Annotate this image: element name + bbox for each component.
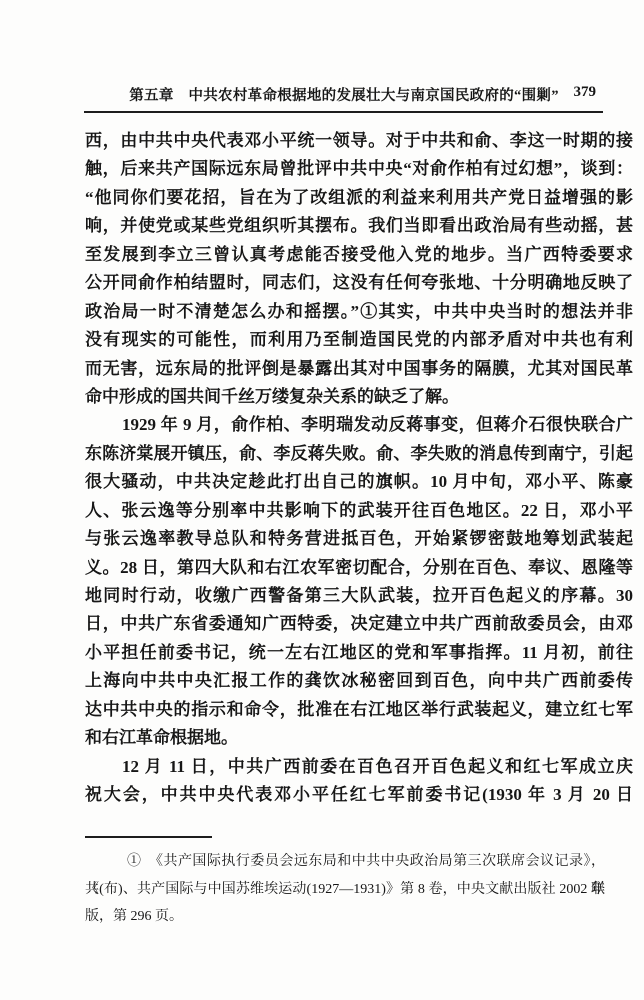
text-line: 而无害，远东局的批评倒是暴露出其对中国事务的隔膜，尤其对国民革 [85,355,633,383]
text-line: 命中形成的国共间千丝万缕复杂关系的缺乏了解。 [85,383,633,411]
text-line: 人、张云逸等分别率中共影响下的武装开往百色地区。22 日，邓小平 [85,497,633,525]
footnote-line: 共(布)、共产国际与中国苏维埃运动(1927—1931)》第 8 卷，中央文献出… [85,876,605,904]
page-number: 379 [574,84,597,101]
book-page: 第五章 中共农村革命根据地的发展壮大与南京国民政府的“围剿” 379 西，由中共… [0,0,644,1000]
chapter-title: 第五章 中共农村革命根据地的发展壮大与南京国民政府的“围剿” [85,84,603,105]
text-line: “他同你们要花招，旨在为了改组派的利益来利用共产党日益增强的影 [85,184,633,212]
text-line: 12 月 11 日，中共广西前委在百色召开百色起义和红七军成立庆 [85,753,633,781]
text-line: 小平担任前委书记，统一左右江地区的党和军事指挥。11 月初，前往 [85,639,633,667]
footnote-line: ① 《共产国际执行委员会远东局和中共中央政治局第三次联席会议记录》，《联 [85,848,605,876]
footnote: ① 《共产国际执行委员会远东局和中共中央政治局第三次联席会议记录》，《联 共(布… [85,848,605,931]
footnote-divider [85,836,212,838]
header-rule [84,111,603,113]
text-line: 义。28 日，第四大队和右江农军密切配合，分别在百色、奉议、恩隆等 [85,554,633,582]
text-line: 至发展到李立三曾认真考虑能否接受他入党的地步。当广西特委要求 [85,241,633,269]
text-line: 触，后来共产国际远东局曾批评中共中央“对俞作柏有过幻想”，谈到： [85,155,633,183]
text-line: 西，由中共中央代表邓小平统一领导。对于中共和俞、李这一时期的接 [85,127,633,155]
text-line: 和右江革命根据地。 [85,724,633,752]
text-line: 与张云逸率教导总队和特务营进抵百色，开始紧锣密鼓地筹划武装起 [85,525,633,553]
body-text: 西，由中共中央代表邓小平统一领导。对于中共和俞、李这一时期的接 触，后来共产国际… [85,127,633,810]
text-line: 祝大会，中共中央代表邓小平任红七军前委书记(1930 年 3 月 20 日 [85,781,633,809]
text-line: 1929 年 9 月，俞作柏、李明瑞发动反蒋事变，但蒋介石很快联合广 [85,411,633,439]
text-line: 日，中共广东省委通知广西特委，决定建立中共广西前敌委员会，由邓 [85,610,633,638]
text-line: 上海向中共中央汇报工作的龚饮冰秘密回到百色，向中共广西前委传 [85,667,633,695]
text-line: 东陈济棠展开镇压，俞、李反蒋失败。俞、李失败的消息传到南宁，引起 [85,440,633,468]
text-line: 响，并使党或某些党组织听其摆布。我们当即看出政治局有些动摇，甚 [85,212,633,240]
text-line: 没有现实的可能性，而利用乃至制造国民党的内部矛盾对中共也有利 [85,326,633,354]
footnote-line: 版，第 296 页。 [85,903,605,931]
text-line: 达中共中央的指示和命令，批准在右江地区举行武装起义，建立红七军 [85,696,633,724]
running-head: 第五章 中共农村革命根据地的发展壮大与南京国民政府的“围剿” 379 [85,84,603,106]
text-line: 很大骚动，中共决定趁此打出自己的旗帜。10 月中旬，邓小平、陈豪 [85,468,633,496]
text-line: 政治局一时不清楚怎么办和摇摆。”①其实，中共中央当时的想法并非 [85,298,633,326]
text-line: 公开同俞作柏结盟时，同志们，这没有任何夸张地、十分明确地反映了 [85,269,633,297]
text-line: 地同时行动，收缴广西警备第三大队武装，拉开百色起义的序幕。30 [85,582,633,610]
